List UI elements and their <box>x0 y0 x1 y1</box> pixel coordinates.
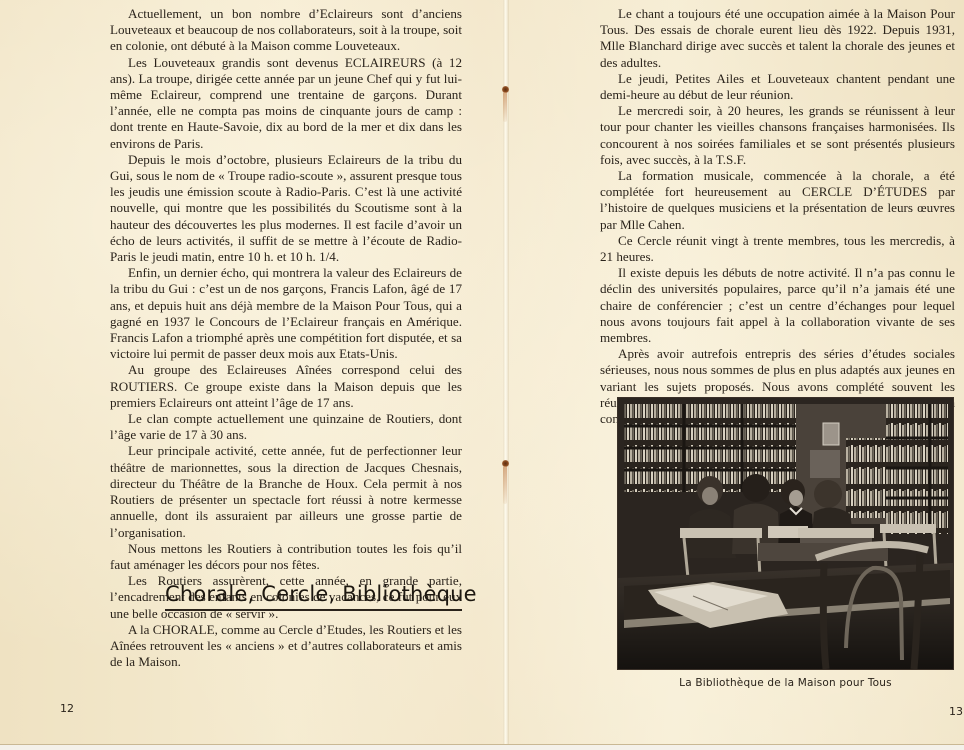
photo-caption: La Bibliothèque de la Maison pour Tous <box>618 677 953 689</box>
rust-stain <box>503 92 507 122</box>
paragraph: Il existe depuis les débuts de notre act… <box>600 265 955 346</box>
paragraph: Le mercredi soir, à 20 heures, les grand… <box>600 103 955 168</box>
left-page-body: Actuellement, un bon nombre d’Eclaireurs… <box>110 0 462 622</box>
paragraph: Enfin, un dernier écho, qui montrera la … <box>110 265 462 362</box>
section-intro: A la CHORALE, comme au Cercle d’Etudes, … <box>110 622 462 671</box>
paragraph: Ce Cercle réunit vingt à trente membres,… <box>600 233 955 265</box>
paragraph: Au groupe des Eclaireuses Aînées corresp… <box>110 362 462 411</box>
paragraph: Les Louveteaux grandis sont devenus ECLA… <box>110 55 462 152</box>
paragraph: Le chant a toujours été une occupation a… <box>600 6 955 71</box>
page-bottom-edge <box>0 744 964 750</box>
library-photo-illustration <box>618 398 953 669</box>
paragraph: Depuis le mois d’octobre, plusieurs Ecla… <box>110 152 462 265</box>
paragraph: Le jeudi, Petites Ailes et Louveteaux ch… <box>600 71 955 103</box>
rust-stain <box>503 466 507 504</box>
page-number-right: 13 <box>949 705 963 718</box>
section-heading: Chorale, Cercle, Bibliothèque <box>165 582 462 611</box>
paragraph: La formation musicale, commencée à la ch… <box>600 168 955 233</box>
paragraph: A la CHORALE, comme au Cercle d’Etudes, … <box>110 622 462 671</box>
right-page-body: Le chant a toujours été une occupation a… <box>600 0 955 427</box>
page-number-left: 12 <box>60 702 74 715</box>
paragraph: Actuellement, un bon nombre d’Eclaireurs… <box>110 6 462 55</box>
paragraph: Nous mettons les Routiers à contribution… <box>110 541 462 573</box>
library-photo <box>618 398 953 669</box>
paragraph: Le clan compte actuellement une quinzain… <box>110 411 462 443</box>
paragraph: Leur principale activité, cette année, f… <box>110 443 462 540</box>
